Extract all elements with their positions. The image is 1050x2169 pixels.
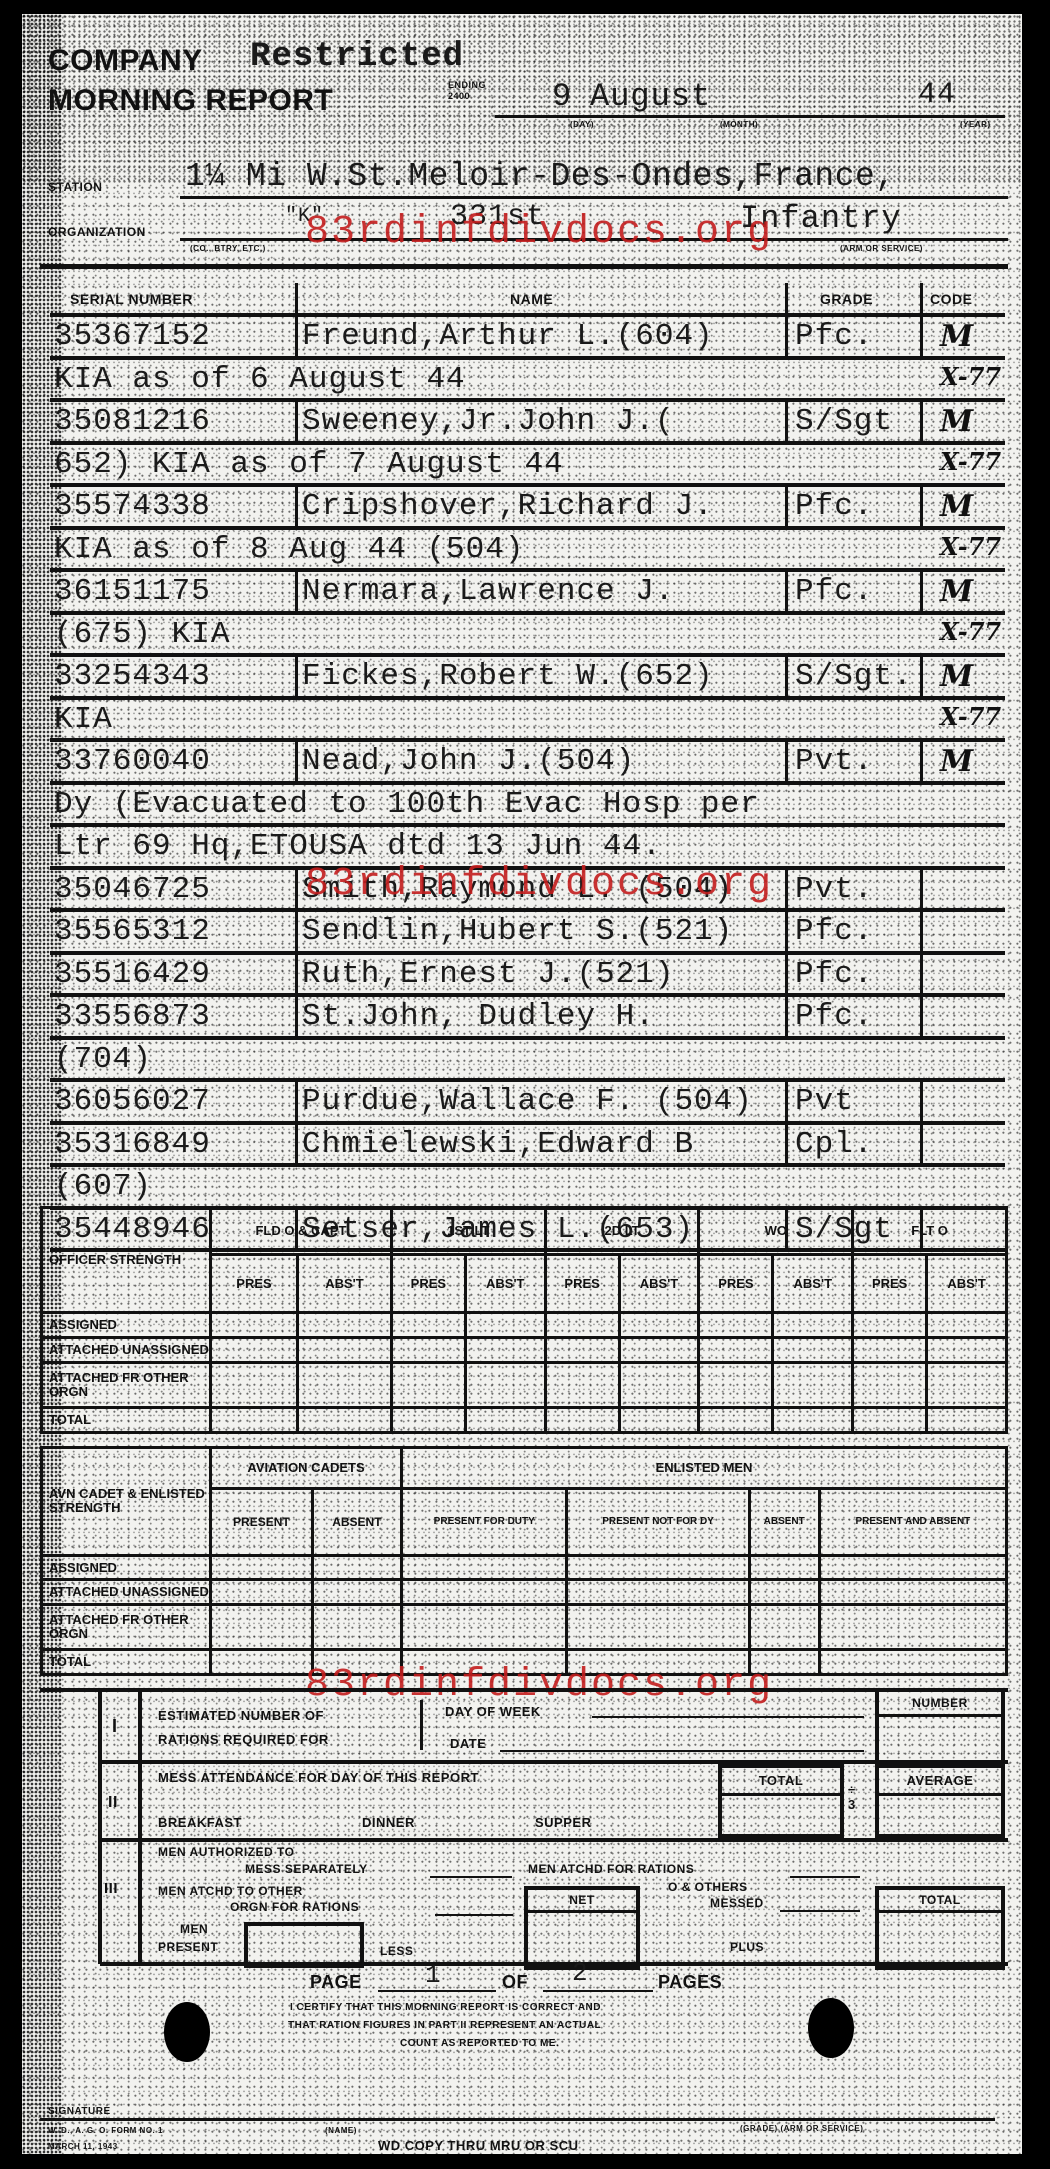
subcol-present: PRES [545,1254,619,1312]
col-code: CODE [930,291,972,307]
officer-strength-title: OFFICER STRENGTH [42,1208,211,1313]
strength-cell[interactable] [312,1580,401,1605]
serial-number: 35046725 [54,872,211,907]
estimated-rations-label-2: RATIONS REQUIRED FOR [158,1732,329,1747]
strength-cell[interactable] [927,1408,1007,1433]
grade-sublabel: (GRADE) (ARM OR SERVICE) [740,2124,863,2133]
strength-cell[interactable] [211,1605,313,1650]
organization-sublabel-arm: (ARM OR SERVICE) [840,244,923,253]
strength-cell[interactable] [391,1408,465,1433]
form-date: MARCH 11, 1943 [48,2142,118,2151]
subcol-absent: ABS'T [297,1254,391,1312]
strength-cell[interactable] [699,1408,773,1433]
date-month: August [590,78,711,115]
organization-label: ORGANIZATION [48,225,146,239]
strength-cell[interactable] [567,1555,749,1580]
officer-strength-row: TOTAL [42,1408,1007,1433]
page-total: 2 [572,1958,589,1988]
cadet-enlisted-row: ASSIGNED [42,1555,1007,1580]
col-serial-number: SERIAL NUMBER [70,291,193,307]
roster-remark-row: KIAX-77 [50,700,1005,743]
strength-cell[interactable] [749,1605,819,1650]
page-label: PAGE [310,1972,362,1993]
status-code: M [940,489,973,524]
strength-cell[interactable] [853,1313,927,1338]
binder-hole-right [808,1998,854,2058]
strength-cell[interactable] [297,1408,391,1433]
men-atchd-other-field[interactable] [435,1914,513,1916]
certify-line-2: THAT RATION FIGURES IN PART II REPRESENT… [288,2020,601,2031]
row-label: ASSIGNED [42,1313,211,1338]
enlisted-subcol: ABSENT [749,1488,819,1555]
date-underline [495,115,1005,118]
form-number: W. D., A. G. O. FORM NO. 1 [48,2126,163,2135]
men-authorized-label-2: MESS SEPARATELY [245,1862,368,1876]
roster-row: 33760040Nead,John J.(504)Pvt.M [50,742,1005,785]
row-label: TOTAL [42,1408,211,1433]
station-value: 1¼ Mi W.St.Meloir-Des-Ondes,France, [185,158,896,195]
strength-cell[interactable] [465,1408,545,1433]
remark-text: KIA as of 8 Aug 44 (504) [54,532,524,567]
men-atchd-other-label-2: ORGN FOR RATIONS [230,1900,359,1914]
grade: Pfc. [795,914,873,949]
strength-cell[interactable] [211,1362,298,1407]
date-field[interactable] [500,1750,864,1752]
soldier-name: Freund,Arthur L.(604) [302,319,714,354]
divide-by-three: ÷ 3 [848,1782,862,1812]
remark-text: (607) [54,1169,152,1204]
o-others-field[interactable] [780,1910,860,1912]
grade: Pfc. [795,957,873,992]
signature-label: SIGNATURE [48,2106,111,2117]
roster-row: 35367152Freund,Arthur L.(604)Pfc.M [50,317,1005,360]
strength-cell[interactable] [402,1580,567,1605]
enlisted-subcol: PRESENT FOR DUTY [402,1488,567,1555]
subcol-absent: ABS'T [465,1254,545,1312]
date-label: DATE [450,1736,486,1751]
mess-total-label: TOTAL [722,1768,840,1796]
pages-label: PAGES [658,1972,722,1993]
men-atchd-other-label-1: MEN ATCHD TO OTHER [158,1884,303,1898]
grade: Cpl. [795,1127,873,1162]
roster-remark-row: (704) [50,1040,1005,1083]
strength-cell[interactable] [699,1338,773,1363]
roster-row: 35316849Chmielewski,Edward BCpl. [50,1125,1005,1168]
strength-cell[interactable] [927,1362,1007,1407]
roster-row: 33254343Fickes,Robert W.(652)S/Sgt.M [50,657,1005,700]
form-title-company: COMPANY [48,44,203,78]
enlisted-subcol: PRESENT NOT FOR DY [567,1488,749,1555]
strength-cell[interactable] [819,1650,1006,1675]
men-authorized-field[interactable] [430,1876,512,1878]
cadet-enlisted-strength-table: AVN CADET & ENLISTED STRENGTH AVIATION C… [40,1446,1008,1676]
serial-number: 36151175 [54,574,211,609]
roster-remark-row: 652) KIA as of 7 August 44X-77 [50,445,1005,488]
binder-hole-left [164,2002,210,2062]
ration-total-label: TOTAL [879,1890,1001,1913]
remark-text: Ltr 69 Hq,ETOUSA dtd 13 Jun 44. [54,829,662,864]
strength-cell[interactable] [699,1313,773,1338]
roster-remark-row: (607) [50,1167,1005,1210]
date-day: 9 [552,78,572,115]
soldier-name: Chmielewski,Edward B [302,1127,694,1162]
men-authorized-label-1: MEN AUTHORIZED TO [158,1845,295,1859]
section-iii-label: III [104,1880,118,1897]
serial-number: 36056027 [54,1084,211,1119]
strength-cell[interactable] [297,1362,391,1407]
strength-cell[interactable] [545,1362,619,1407]
remark-text: (675) KIA [54,617,230,652]
group-enlisted-men: ENLISTED MEN [402,1448,1007,1489]
date-year: 44 [918,78,956,112]
strength-cell[interactable] [773,1313,853,1338]
roster-remark-row: KIA as of 8 Aug 44 (504)X-77 [50,530,1005,573]
section-ii-label: II [108,1794,118,1812]
group-wo: WO [699,1208,853,1255]
group-fld-o-capt: FLD O & CAPT [211,1208,392,1255]
group-2d-lt: 2D LT [545,1208,699,1255]
row-label: TOTAL [42,1650,211,1675]
strength-cell[interactable] [545,1338,619,1363]
soldier-name: St.John, Dudley H. [302,999,655,1034]
strength-cell[interactable] [391,1362,465,1407]
men-atchd-rations-label: MEN ATCHD FOR RATIONS [528,1862,694,1876]
col-name: NAME [510,291,553,307]
watermark-middle: 83rdinfdivdocs.org [305,862,773,907]
date-day-sublabel: (DAY) [570,120,594,129]
serial-number: 35316849 [54,1127,211,1162]
number-label: NUMBER [879,1692,1001,1717]
date-month-sublabel: (MONTH) [720,120,758,129]
mess-total-box[interactable]: TOTAL [718,1764,844,1838]
grade: Pvt. [795,872,873,907]
serial-number: 35516429 [54,957,211,992]
enlisted-subcol: PRESENT AND ABSENT [819,1488,1006,1555]
grade: S/Sgt [795,404,893,439]
strength-cell[interactable] [819,1555,1006,1580]
remark-text: KIA [54,702,113,737]
strength-cell[interactable] [465,1338,545,1363]
grade: Pfc. [795,999,873,1034]
less-label: LESS [380,1944,413,1958]
strength-cell[interactable] [619,1338,699,1363]
header-rule [40,264,1008,269]
date-year-sublabel: (YEAR) [960,120,991,129]
strength-cell[interactable] [465,1362,545,1407]
status-code: M [940,319,973,354]
roster-remark-row: Dy (Evacuated to 100th Evac Hosp per [50,785,1005,828]
grade: Pvt. [795,744,873,779]
form-title-morning-report: MORNING REPORT [48,84,333,118]
strength-cell[interactable] [545,1408,619,1433]
status-code: X-77 [940,362,1001,391]
grade: Pfc. [795,574,873,609]
roster-header-row: SERIAL NUMBER NAME GRADE CODE [50,283,1005,317]
roster-row: 35574338Cripshover,Richard J.Pfc.M [50,487,1005,530]
net-label: NET [528,1890,636,1913]
roster-remark-row: KIA as of 6 August 44X-77 [50,360,1005,403]
meal-dinner: DINNER [362,1815,415,1830]
strength-cell[interactable] [402,1555,567,1580]
copy-routing-note: WD COPY THRU MRU OR SCU [378,2138,578,2153]
aviation-subcol: ABSENT [312,1488,401,1555]
strength-cell[interactable] [545,1313,619,1338]
row-label: ATTACHED FR OTHER ORGN [42,1362,211,1407]
roster-row: 36056027Purdue,Wallace F. (504)Pvt [50,1082,1005,1125]
officer-strength-row: ATTACHED FR OTHER ORGN [42,1362,1007,1407]
roster-row: 33556873St.John, Dudley H.Pfc. [50,997,1005,1040]
status-code: X-77 [940,447,1001,476]
serial-number: 35081216 [54,404,211,439]
subcol-present: PRES [853,1254,927,1312]
roster-row: 35081216Sweeney,Jr.John J.(S/SgtM [50,402,1005,445]
o-others-label-1: O & OTHERS [668,1880,748,1894]
number-box[interactable]: NUMBER [875,1688,1005,1764]
mess-attendance-label: MESS ATTENDANCE FOR DAY OF THIS REPORT [158,1770,479,1785]
row-label: ATTACHED UNASSIGNED [42,1580,211,1605]
strength-cell[interactable] [853,1408,927,1433]
group-flt-o: FLT O [853,1208,1007,1255]
strength-cell[interactable] [211,1650,313,1675]
roster-row: 35516429Ruth,Ernest J.(521)Pfc. [50,955,1005,998]
col-grade: GRADE [820,291,873,307]
subcol-present: PRES [699,1254,773,1312]
grade: Pvt [795,1084,854,1119]
roster-remark-row: (675) KIAX-77 [50,615,1005,658]
remark-text: Dy (Evacuated to 100th Evac Hosp per [54,787,760,822]
grade: Pfc. [795,319,873,354]
strength-cell[interactable] [699,1362,773,1407]
soldier-name: Sweeney,Jr.John J.( [302,404,674,439]
subcol-absent: ABS'T [773,1254,853,1312]
ending-label: ENDING 2400 [448,80,488,102]
strength-cell[interactable] [749,1580,819,1605]
status-code: X-77 [940,532,1001,561]
strength-cell[interactable] [773,1408,853,1433]
watermark-bottom: 83rdinfdivdocs.org [305,1663,773,1708]
strength-cell[interactable] [211,1408,298,1433]
strength-cell[interactable] [312,1605,401,1650]
remark-text: (704) [54,1042,152,1077]
soldier-name: Nead,John J.(504) [302,744,635,779]
serial-number: 33556873 [54,999,211,1034]
day-of-week-label: DAY OF WEEK [445,1704,541,1719]
grade: Pfc. [795,489,873,524]
men-present-label-2: PRESENT [158,1940,218,1954]
remark-text: KIA as of 6 August 44 [54,362,466,397]
row-label: ATTACHED UNASSIGNED [42,1338,211,1363]
watermark-top: 83rdinfdivdocs.org [305,210,773,255]
soldier-name: Nermara,Lawrence J. [302,574,674,609]
strength-cell[interactable] [312,1555,401,1580]
strength-cell[interactable] [819,1580,1006,1605]
strength-cell[interactable] [297,1338,391,1363]
soldier-name: Fickes,Robert W.(652) [302,659,714,694]
strength-cell[interactable] [773,1338,853,1363]
group-aviation-cadets: AVIATION CADETS [211,1448,402,1489]
strength-cell[interactable] [619,1313,699,1338]
roster-row: 35565312Sendlin,Hubert S.(521)Pfc. [50,912,1005,955]
strength-cell[interactable] [927,1313,1007,1338]
cadet-enlisted-title: AVN CADET & ENLISTED STRENGTH [42,1448,211,1556]
cadet-enlisted-row: ATTACHED FR OTHER ORGN [42,1605,1007,1650]
row-label: ATTACHED FR OTHER ORGN [42,1605,211,1650]
aviation-subcol: PRESENT [211,1488,313,1555]
meal-breakfast: BREAKFAST [158,1815,242,1830]
plus-label: PLUS [730,1940,764,1954]
certify-line-3: COUNT AS REPORTED TO ME. [400,2038,559,2049]
group-1st-lt: 1ST LT [391,1208,545,1255]
average-label: AVERAGE [879,1768,1001,1796]
serial-number: 33760040 [54,744,211,779]
station-label: STATION [48,180,102,194]
status-code: M [940,404,973,439]
men-present-label-1: MEN [180,1922,208,1936]
strength-cell[interactable] [773,1362,853,1407]
serial-number: 35367152 [54,319,211,354]
strength-cell[interactable] [749,1555,819,1580]
signature-line[interactable] [40,2118,995,2121]
serial-number: 35574338 [54,489,211,524]
strength-cell[interactable] [853,1362,927,1407]
strength-cell[interactable] [211,1338,298,1363]
officer-strength-row: ATTACHED UNASSIGNED [42,1338,1007,1363]
strength-cell[interactable] [619,1408,699,1433]
strength-cell[interactable] [567,1605,749,1650]
organization-sublabel-company: (CO., BTRY, ETC.) [190,244,266,253]
status-code: X-77 [940,702,1001,731]
average-box[interactable]: AVERAGE [875,1764,1005,1838]
strength-cell[interactable] [211,1555,313,1580]
strength-cell[interactable] [819,1605,1006,1650]
strength-cell[interactable] [211,1313,298,1338]
name-sublabel: (NAME) [325,2126,357,2135]
strength-cell[interactable] [297,1313,391,1338]
cadet-enlisted-row: ATTACHED UNASSIGNED [42,1580,1007,1605]
meal-supper: SUPPER [535,1815,591,1830]
soldier-name: Cripshover,Richard J. [302,489,714,524]
section-i-label: I [112,1716,118,1737]
soldier-name: Purdue,Wallace F. (504) [302,1084,753,1119]
subcol-absent: ABS'T [619,1254,699,1312]
classification-stamp: Restricted [250,38,464,76]
subcol-absent: ABS'T [927,1254,1007,1312]
officer-strength-row: ASSIGNED [42,1313,1007,1338]
page-number: 1 [425,1960,442,1990]
o-others-label-2: MESSED [710,1896,764,1910]
serial-number: 33254343 [54,659,211,694]
men-atchd-rations-field[interactable] [790,1876,860,1878]
subcol-present: PRES [391,1254,465,1312]
station-underline [180,196,1008,199]
remark-text: 652) KIA as of 7 August 44 [54,447,564,482]
status-code: M [940,659,973,694]
estimated-rations-label-1: ESTIMATED NUMBER OF [158,1708,324,1723]
soldier-name: Ruth,Ernest J.(521) [302,957,674,992]
strength-cell[interactable] [465,1313,545,1338]
strength-cell[interactable] [391,1338,465,1363]
row-label: ASSIGNED [42,1555,211,1580]
day-of-week-field[interactable] [592,1716,864,1718]
serial-number: 35565312 [54,914,211,949]
status-code: X-77 [940,617,1001,646]
roster-table: SERIAL NUMBER NAME GRADE CODE 35367152Fr… [50,283,1005,1252]
certify-line-1: I CERTIFY THAT THIS MORNING REPORT IS CO… [290,2002,601,2013]
strength-cell[interactable] [402,1605,567,1650]
strength-cell[interactable] [619,1362,699,1407]
strength-cell[interactable] [927,1338,1007,1363]
soldier-name: Sendlin,Hubert S.(521) [302,914,733,949]
strength-cell[interactable] [567,1580,749,1605]
of-label: OF [502,1972,528,1993]
grade: S/Sgt. [795,659,913,694]
strength-cell[interactable] [853,1338,927,1363]
status-code: M [940,744,973,779]
strength-cell[interactable] [211,1580,313,1605]
subcol-present: PRES [211,1254,298,1312]
status-code: M [940,574,973,609]
roster-row: 36151175Nermara,Lawrence J.Pfc.M [50,572,1005,615]
officer-strength-table: OFFICER STRENGTH FLD O & CAPT 1ST LT 2D … [40,1206,1008,1434]
ration-total-box[interactable]: TOTAL [875,1886,1005,1970]
strength-cell[interactable] [391,1313,465,1338]
